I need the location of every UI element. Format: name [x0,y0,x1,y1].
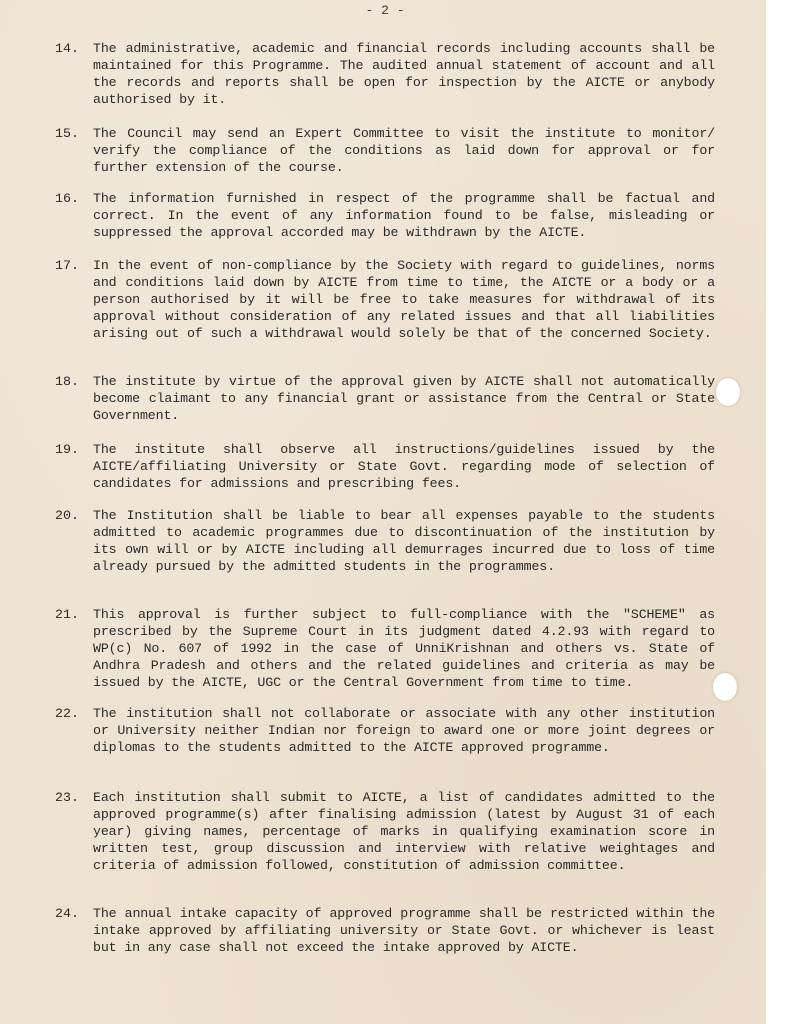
clause-text: The institute shall observe all instruct… [93,441,715,492]
clause-text: The institute by virtue of the approval … [93,373,715,424]
clause-number: 24. [55,905,89,922]
document-page: - 2 - 14. The administrative, academic a… [0,0,766,1024]
clause-23: 23. Each institution shall submit to AIC… [55,789,715,874]
clause-text: The information furnished in respect of … [93,190,715,241]
clause-number: 18. [55,373,89,390]
clause-text: The administrative, academic and financi… [93,40,715,108]
punch-hole [716,378,740,406]
clause-20: 20. The Institution shall be liable to b… [55,507,715,575]
clause-text: The Institution shall be liable to bear … [93,507,715,575]
clause-19: 19. The institute shall observe all inst… [55,441,715,492]
clause-number: 22. [55,705,89,722]
clause-number: 20. [55,507,89,524]
clause-16: 16. The information furnished in respect… [55,190,715,241]
clause-number: 15. [55,125,89,142]
clause-18: 18. The institute by virtue of the appro… [55,373,715,424]
clause-text: Each institution shall submit to AICTE, … [93,789,715,874]
clause-number: 16. [55,190,89,207]
clause-text: This approval is further subject to full… [93,606,715,691]
clause-text: The institution shall not collaborate or… [93,705,715,756]
clause-number: 17. [55,257,89,274]
clause-number: 14. [55,40,89,57]
clause-text: The Council may send an Expert Committee… [93,125,715,176]
punch-hole [713,673,737,701]
clause-14: 14. The administrative, academic and fin… [55,40,715,108]
clause-number: 23. [55,789,89,806]
clause-text: In the event of non-compliance by the So… [93,257,715,342]
clause-15: 15. The Council may send an Expert Commi… [55,125,715,176]
clause-17: 17. In the event of non-compliance by th… [55,257,715,342]
clause-number: 21. [55,606,89,623]
page-number: - 2 - [360,3,410,18]
clause-22: 22. The institution shall not collaborat… [55,705,715,756]
clause-21: 21. This approval is further subject to … [55,606,715,691]
clause-24: 24. The annual intake capacity of approv… [55,905,715,956]
clause-number: 19. [55,441,89,458]
clause-text: The annual intake capacity of approved p… [93,905,715,956]
